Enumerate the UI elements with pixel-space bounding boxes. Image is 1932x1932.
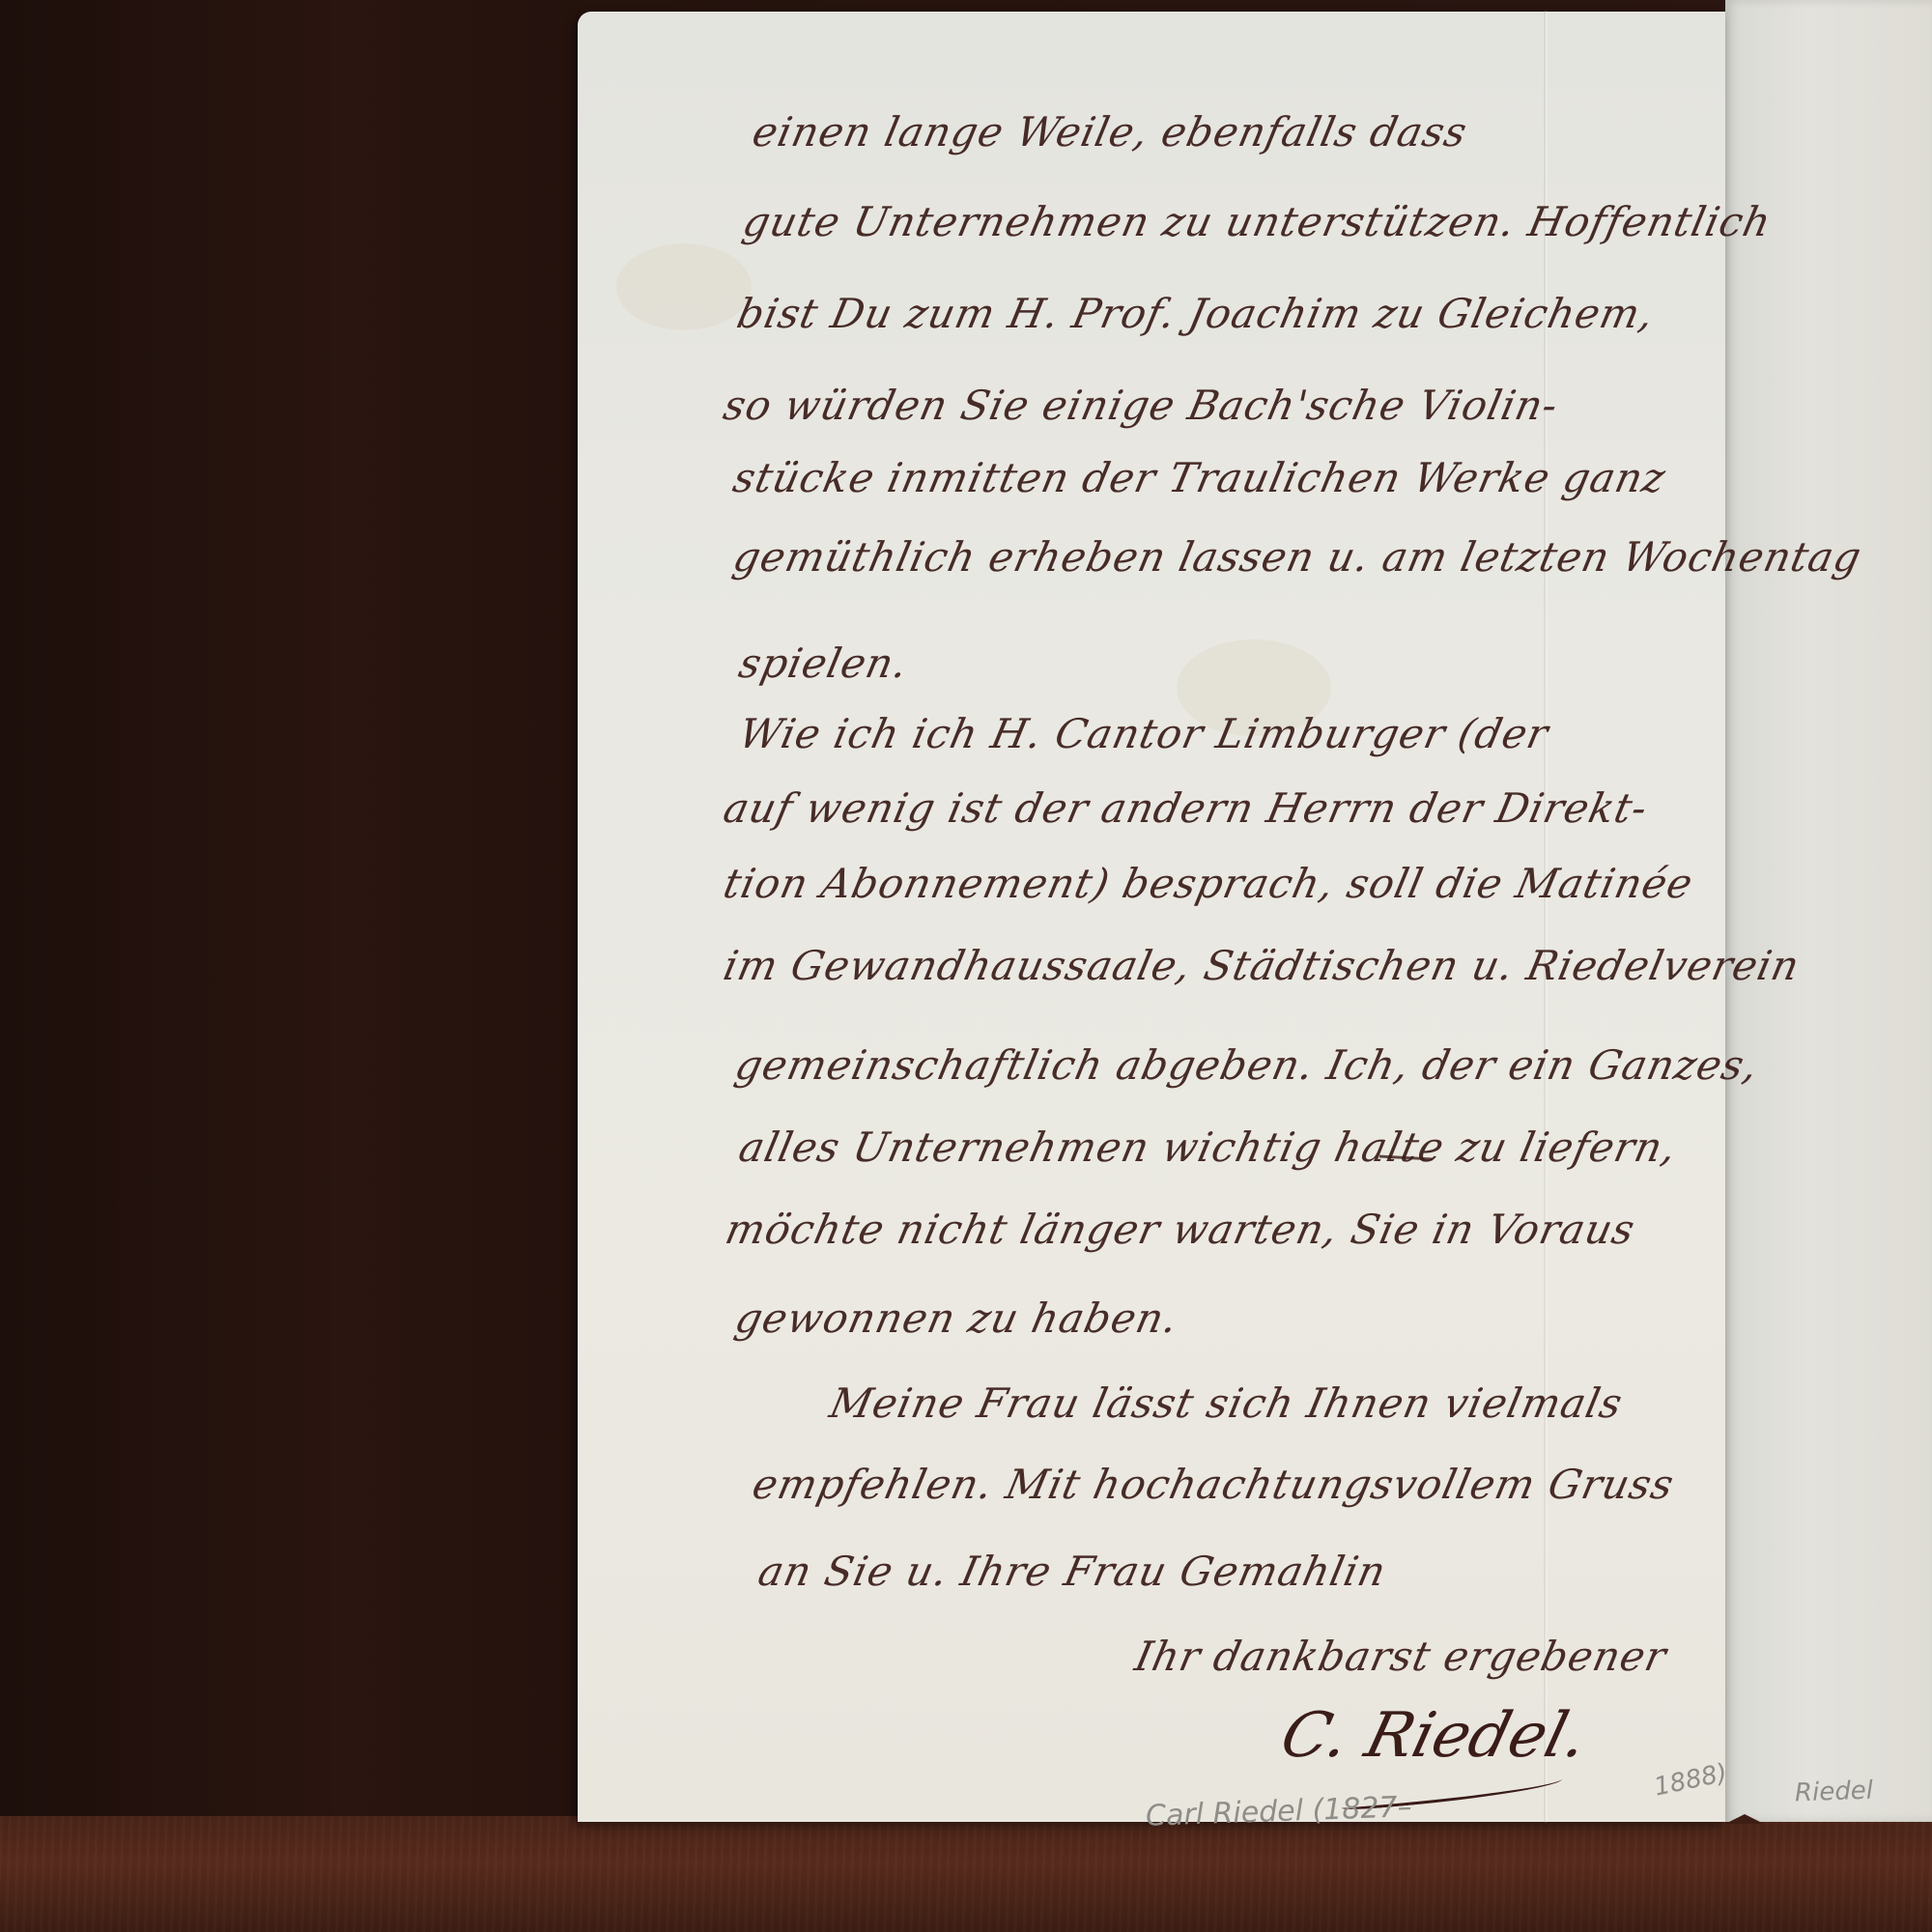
paper-stain — [616, 243, 752, 330]
letter-line: Meine Frau lässt sich Ihnen vielmals — [826, 1379, 1628, 1427]
letter-line: so würden Sie einige Bach'sche Violin- — [720, 382, 1563, 429]
letter-line: an Sie u. Ihre Frau Gemahlin — [754, 1548, 1391, 1595]
closing-salutation: Ihr dankbarst ergebener — [1131, 1633, 1671, 1680]
wooden-table-surface — [0, 1816, 1932, 1932]
letter-line: empfehlen. Mit hochachtungsvollem Gruss — [749, 1461, 1679, 1508]
letter-line: auf wenig ist der andern Herrn der Direk… — [720, 784, 1652, 832]
letter-line: Wie ich ich H. Cantor Limburger (der — [735, 710, 1553, 757]
letter-line: gemüthlich erheben lassen u. am letzten … — [729, 533, 1866, 581]
letter-line: möchte nicht länger warten, Sie in Vorau… — [722, 1206, 1639, 1253]
letter-line: im Gewandhaussaale, Städtischen u. Riede… — [720, 942, 1804, 989]
letter-line: einen lange Weile, ebenfalls dass — [749, 108, 1472, 156]
page-fold-notch — [1725, 1814, 1764, 1824]
letter-line: gute Unternehmen zu unterstützen. Hoffen… — [739, 198, 1776, 245]
letter-line: bist Du zum H. Prof. Joachim zu Gleichem… — [733, 290, 1659, 337]
letter-line: alles Unternehmen wichtig halte zu liefe… — [735, 1123, 1682, 1171]
letter-line: stücke inmitten der Traulichen Werke gan… — [729, 454, 1670, 501]
letter-line: gemeinschaftlich abgeben. Ich, der ein G… — [731, 1041, 1763, 1089]
pencil-margin-note: Riedel — [1795, 1776, 1874, 1808]
signature: C. Riedel. — [1274, 1700, 1595, 1772]
letter-line: tion Abonnement) besprach, soll die Mati… — [720, 860, 1697, 907]
letter-line: gewonnen zu haben. — [731, 1294, 1183, 1342]
vertical-fold-crease — [1544, 12, 1546, 1822]
facing-page — [1725, 0, 1932, 1822]
letter-line: spielen. — [735, 639, 913, 687]
